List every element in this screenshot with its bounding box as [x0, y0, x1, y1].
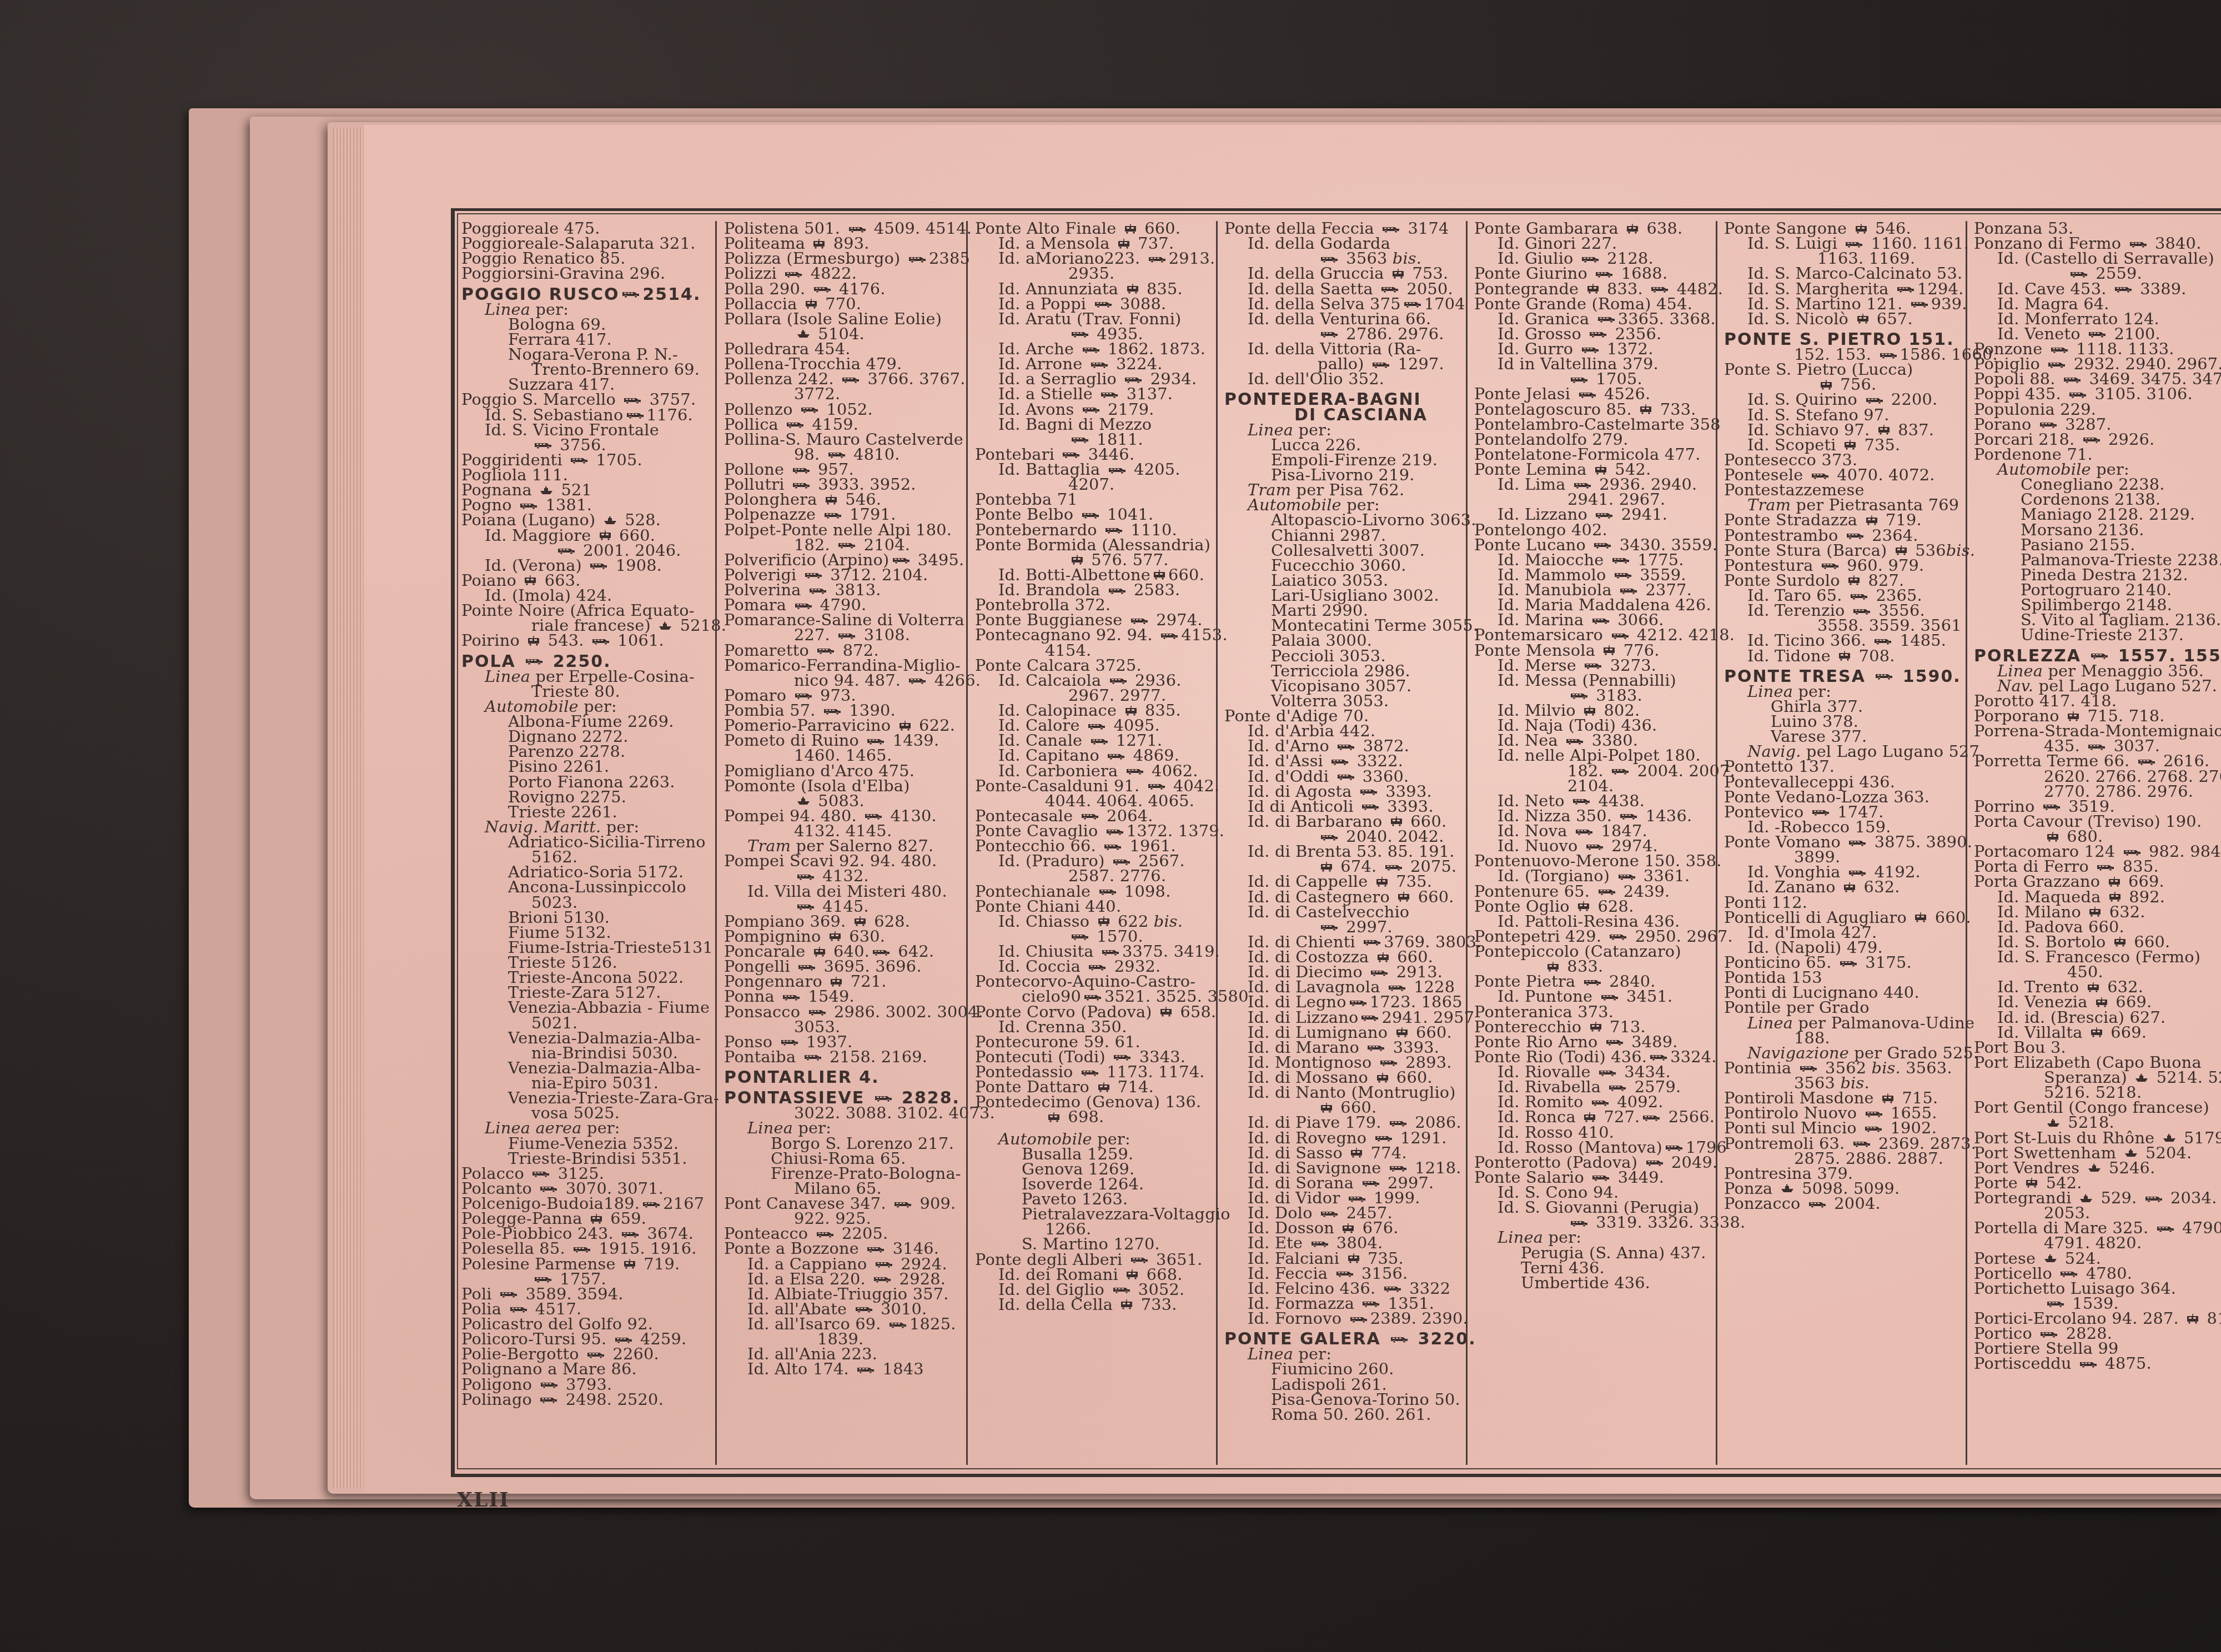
- index-entry: Adriatico-Sicilia-Tirreno: [461, 835, 706, 850]
- tramway-icon: [1836, 646, 1853, 665]
- tramway-icon: [1624, 219, 1641, 238]
- index-heading: PONTARLIER 4.: [724, 1070, 968, 1085]
- tramway-icon: [1854, 309, 1872, 328]
- index-entry: Pontaiba 2158. 2169.: [724, 1050, 968, 1064]
- automobile-service-icon: [2142, 1188, 2165, 1207]
- index-entry: Linea per Palmanova-Udine: [1724, 1016, 1968, 1031]
- tramway-icon: [2088, 1023, 2106, 1042]
- automobile-service-icon: [1347, 1309, 1370, 1328]
- index-entry: Umbertide 436.: [1474, 1276, 1718, 1291]
- italic-label: bis.: [1154, 912, 1183, 931]
- automobile-service-icon: [587, 556, 610, 575]
- automobile-service-icon: [1872, 667, 1896, 686]
- automobile-service-icon: [854, 1359, 877, 1378]
- index-entry: Ponzacco 2004.: [1724, 1196, 1968, 1211]
- index-entry: Id. della Cella 733.: [975, 1297, 1219, 1312]
- tramway-icon: [1841, 877, 1858, 896]
- index-entry: Roma 50. 260. 261.: [1224, 1407, 1469, 1422]
- index-column-3: Ponte Alto Finale 660.Id. a Mensola 737.…: [975, 221, 1219, 1470]
- automobile-service-icon: [589, 631, 612, 650]
- automobile-service-icon: [1806, 1194, 1829, 1213]
- automobile-service-icon: [801, 1047, 825, 1066]
- tramway-icon: [621, 1254, 639, 1273]
- italic-label: bis.: [1946, 541, 1975, 560]
- index-entry: Venezia-Abbazia - Fiume: [461, 1000, 706, 1015]
- automobile-service-icon: [2077, 1354, 2100, 1373]
- tramway-icon: [525, 631, 542, 650]
- column-divider: [715, 221, 717, 1465]
- automobile-service-icon: [619, 285, 642, 304]
- tramway-icon: [1912, 908, 1929, 927]
- index-entry: Portisceddu 4875.: [1974, 1356, 2218, 1371]
- ship-icon: [2085, 1158, 2104, 1177]
- index-entry: Pollenza 242. 3766. 3767.: [724, 371, 968, 386]
- automobile-service-icon: [839, 369, 862, 388]
- index-entry: Udine-Trieste 2137.: [1974, 627, 2218, 642]
- automobile-service-icon: [886, 1314, 909, 1333]
- index-entry: Ponte Vomano 3875. 3890.: [1724, 835, 1968, 850]
- automobile-service-icon: [567, 450, 591, 469]
- index-entry: Id. Alto 174. 1843: [724, 1362, 968, 1377]
- index-column-4: Ponte della Feccia 3174Id. della Godarda…: [1224, 221, 1469, 1470]
- italic-label: Linea: [1747, 1013, 1793, 1032]
- automobile-service-icon: [1145, 249, 1169, 268]
- automobile-service-icon: [891, 1194, 914, 1213]
- tramway-icon: [1045, 1107, 1063, 1126]
- index-column-1: Poggioreale 475.Poggioreale-Salaparuta 3…: [461, 221, 706, 1470]
- tramway-icon: [1157, 1002, 1175, 1021]
- automobile-service-icon: [1837, 953, 1860, 972]
- index-entry: Id. Tidone 708.: [1724, 649, 1968, 664]
- index-column-5: Ponte Gambarara 638.Id. Ginori 227.Id. G…: [1474, 221, 1718, 1470]
- index-entry: Ponsacco 2986. 3002. 3004.: [724, 1005, 968, 1020]
- index-entry: Portegrandi 529. 2034.: [1974, 1191, 2218, 1206]
- book-page-fore-edge: [333, 128, 366, 1488]
- automobile-service-icon: [906, 671, 929, 690]
- index-column-2: Polistena 501. 4509. 4514.Politeama 893.…: [724, 221, 968, 1470]
- page-number: XLII: [457, 1488, 510, 1512]
- index-column-7: Ponzana 53.Ponzano di Fermo 3840.Id. (Ca…: [1974, 221, 2218, 1470]
- index-entry: Id. Fornovo 2389. 2390.: [1224, 1311, 1469, 1326]
- index-entry: Polinago 2498. 2520.: [461, 1392, 706, 1407]
- tramway-icon: [1118, 1295, 1135, 1314]
- index-entry: Pontecagnano 92. 94. 4153.: [975, 627, 1219, 642]
- automobile-service-icon: [2154, 1218, 2177, 1237]
- index-entry: Id. dell'Olio 352.: [1224, 371, 1469, 386]
- automobile-service-icon: [537, 1390, 560, 1409]
- automobile-service-icon: [1388, 1329, 1411, 1349]
- index-column-6: Ponte Sangone 546.Id. S. Luigi 1160. 116…: [1724, 221, 1968, 1470]
- index-entry: Pietralavezzara-Voltaggio: [975, 1207, 1219, 1222]
- index-entry: Id. S. Nicolò 657.: [1724, 312, 1968, 327]
- automobile-service-icon: [1158, 625, 1181, 644]
- automobile-service-icon: [2112, 279, 2135, 298]
- italic-label: bis.: [1872, 1058, 1901, 1077]
- automobile-service-icon: [1640, 1107, 1663, 1126]
- index-entry: Ancona-Lussinpiccolo: [461, 880, 706, 895]
- italic-label: Linea: [485, 667, 530, 686]
- index-entry: 698.: [975, 1109, 1219, 1124]
- automobile-service-icon: [906, 249, 929, 268]
- index-entry: Poggiorsini-Gravina 296.: [461, 266, 706, 281]
- index-entry: Poirino 543. 1061.: [461, 633, 706, 648]
- automobile-service-icon: [1846, 832, 1869, 851]
- tramway-icon: [2184, 1309, 2202, 1328]
